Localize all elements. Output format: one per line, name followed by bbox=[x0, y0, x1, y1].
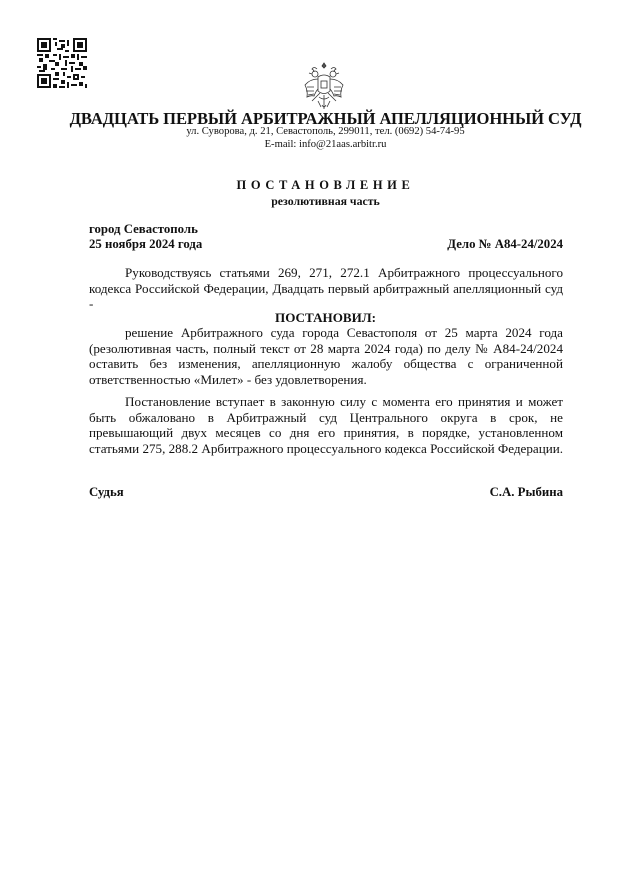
decision-heading: ПОСТАНОВИЛ: bbox=[0, 310, 621, 326]
effect-paragraph-text: Постановление вступает в законную силу с… bbox=[89, 394, 563, 456]
case-number: Дело № А84-24/2024 bbox=[447, 237, 563, 252]
signature-name: С.А. Рыбина bbox=[490, 485, 563, 500]
decision-paragraph: решение Арбитражного суда города Севасто… bbox=[89, 325, 563, 387]
signature-role: Судья bbox=[89, 485, 124, 500]
effect-paragraph: Постановление вступает в законную силу с… bbox=[89, 394, 563, 456]
court-email: E-mail: info@21aas.arbitr.ru bbox=[0, 139, 621, 150]
intro-paragraph-text: Руководствуясь статьями 269, 271, 272.1 … bbox=[89, 265, 563, 311]
document-date: 25 ноября 2024 года bbox=[89, 237, 202, 252]
document-subtitle: резолютивная часть bbox=[0, 194, 621, 209]
intro-paragraph: Руководствуясь статьями 269, 271, 272.1 … bbox=[89, 265, 563, 312]
court-address: ул. Суворова, д. 21, Севастополь, 299011… bbox=[0, 126, 621, 137]
document-city: город Севастополь bbox=[89, 222, 198, 237]
qr-code-icon bbox=[37, 38, 87, 88]
decision-paragraph-text: решение Арбитражного суда города Севасто… bbox=[89, 325, 563, 387]
coat-of-arms-icon bbox=[303, 61, 345, 113]
document-title: ПОСТАНОВЛЕНИЕ bbox=[0, 178, 621, 193]
